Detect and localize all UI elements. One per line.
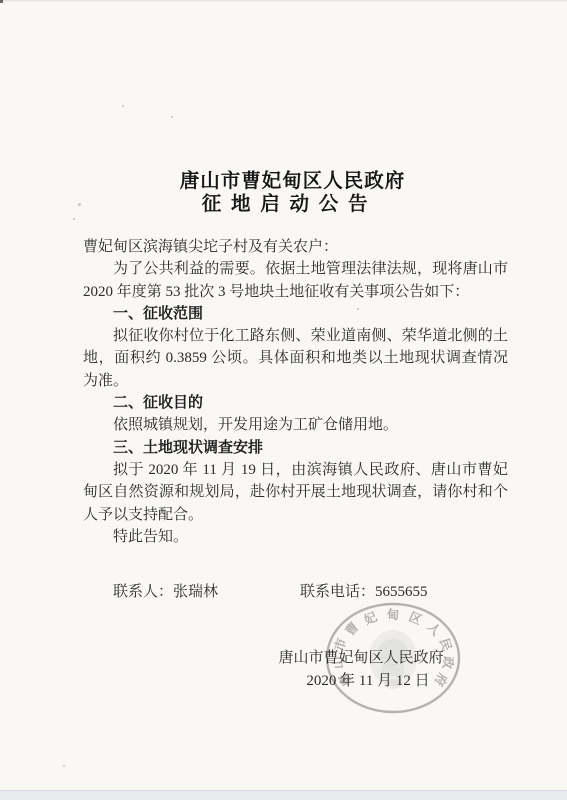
closing-line: 特此告知。 — [83, 526, 508, 548]
svg-text:甸: 甸 — [387, 607, 400, 622]
body-line: 为了公共利益的需要。依据土地管理法律法规，现将唐山市 — [83, 258, 508, 280]
scanned-document-page: 唐山市曹妃甸区人民政府 征地启动公告 曹妃甸区滨海镇尖坨子村及有关农户： 为了公… — [0, 0, 567, 800]
scan-speck — [73, 218, 75, 220]
signature-block: 唐山市曹妃甸区人民政府 2020 年 11 月 12 日 — [266, 647, 456, 693]
body-line: 拟于 2020 年 11 月 19 日，由滨海镇人民政府、唐山市曹妃 — [83, 459, 508, 481]
section-heading-3: 三、土地现状调查安排 — [83, 437, 508, 459]
signature-date: 2020 年 11 月 12 日 — [266, 670, 456, 693]
scan-speck — [78, 203, 81, 206]
scan-speck — [171, 116, 173, 118]
document-subtitle: 征地启动公告 — [0, 188, 567, 216]
body-line: 拟征收你村位于化工路东侧、荣业道南侧、荣华道北侧的土 — [83, 325, 508, 347]
document-body: 曹妃甸区滨海镇尖坨子村及有关农户： 为了公共利益的需要。依据土地管理法律法规，现… — [83, 236, 508, 548]
scan-speck — [357, 308, 359, 310]
scan-bottom-edge — [0, 790, 567, 800]
salutation-line: 曹妃甸区滨海镇尖坨子村及有关农户： — [83, 236, 508, 258]
signature-org: 唐山市曹妃甸区人民政府 — [266, 647, 456, 670]
body-line: 依照城镇规划，开发用途为工矿仓储用地。 — [83, 414, 508, 436]
scan-speck — [122, 105, 124, 107]
svg-text:区: 区 — [407, 609, 425, 628]
body-line: 2020 年度第 53 批次 3 号地块土地征收有关事项公告如下： — [83, 281, 508, 303]
contact-person: 联系人：张瑞林 — [113, 580, 218, 601]
scan-corner-speck — [0, 0, 3, 3]
body-line: 为准。 — [83, 370, 508, 392]
body-line: 甸区自然资源和规划局，赴你村开展土地现状调查，请你村和个 — [83, 481, 508, 503]
section-heading-1: 一、征收范围 — [83, 303, 508, 325]
body-line: 人予以支持配合。 — [83, 504, 508, 526]
scan-top-edge — [0, 0, 567, 2]
svg-text:人: 人 — [424, 620, 443, 639]
scan-speck — [63, 765, 65, 767]
svg-text:妃: 妃 — [361, 609, 380, 628]
section-heading-2: 二、征收目的 — [83, 392, 508, 414]
body-line: 地，面积约 0.3859 公顷。具体面积和地类以土地现状调查情况 — [83, 347, 508, 369]
